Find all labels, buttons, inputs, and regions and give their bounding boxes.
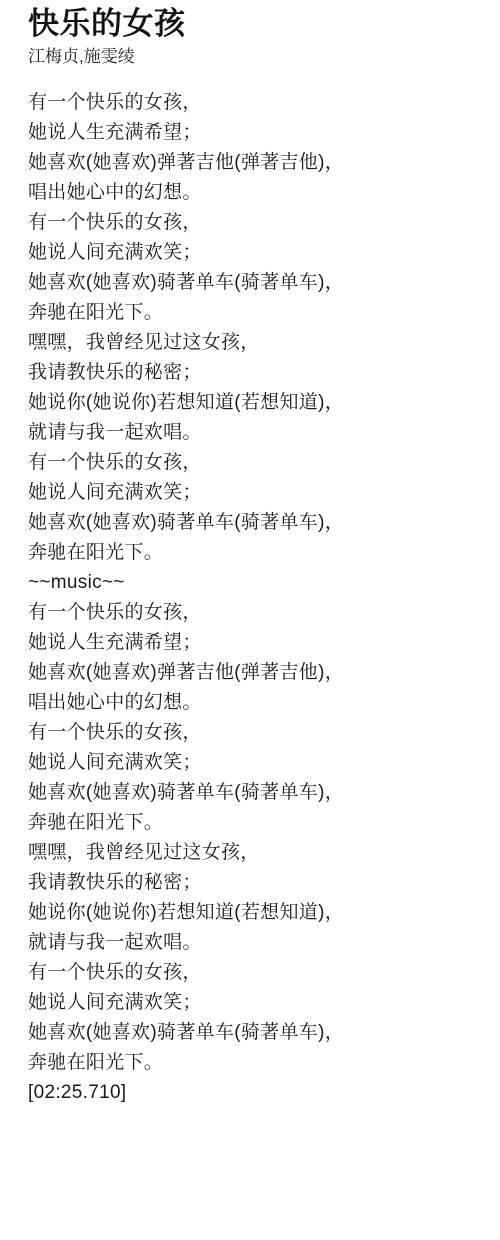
lyric-line: 奔驰在阳光下。 <box>28 1048 480 1078</box>
lyric-line: 有一个快乐的女孩， <box>28 958 480 988</box>
lyric-line: 她喜欢(她喜欢)骑著单车(骑著单车)， <box>28 508 480 538</box>
lyric-line: 嘿嘿，我曾经见过这女孩， <box>28 328 480 358</box>
lyric-line: 她说人间充满欢笑； <box>28 988 480 1018</box>
lyric-line: 有一个快乐的女孩， <box>28 598 480 628</box>
lyric-line: 有一个快乐的女孩， <box>28 208 480 238</box>
timestamp-line: [02:25.710] <box>28 1078 480 1108</box>
lyric-line: 她喜欢(她喜欢)骑著单车(骑著单车)， <box>28 778 480 808</box>
lyric-line: 我请教快乐的秘密； <box>28 868 480 898</box>
lyric-line: 奔驰在阳光下。 <box>28 808 480 838</box>
lyric-line: 她说人间充满欢笑； <box>28 238 480 268</box>
lyric-line: 她说人间充满欢笑； <box>28 748 480 778</box>
lyric-line: 她说人生充满希望； <box>28 628 480 658</box>
lyric-line: ~~music~~ <box>28 568 480 598</box>
lyric-line: 她说人间充满欢笑； <box>28 478 480 508</box>
song-title: 快乐的女孩 <box>28 5 480 43</box>
lyric-line: 唱出她心中的幻想。 <box>28 178 480 208</box>
lyric-line: 就请与我一起欢唱。 <box>28 928 480 958</box>
artist-names: 江梅贞,施雯绫 <box>28 46 480 67</box>
lyric-line: 她喜欢(她喜欢)骑著单车(骑著单车)， <box>28 1018 480 1048</box>
lyric-line: 她喜欢(她喜欢)弹著吉他(弹著吉他)， <box>28 658 480 688</box>
lyric-line: 奔驰在阳光下。 <box>28 538 480 568</box>
lyric-line: 她喜欢(她喜欢)弹著吉他(弹著吉他)， <box>28 148 480 178</box>
lyric-line: 她说你(她说你)若想知道(若想知道)， <box>28 388 480 418</box>
lyric-line: 唱出她心中的幻想。 <box>28 688 480 718</box>
lyric-line: 有一个快乐的女孩， <box>28 88 480 118</box>
lyric-line: 嘿嘿，我曾经见过这女孩， <box>28 838 480 868</box>
lyric-line: 有一个快乐的女孩， <box>28 718 480 748</box>
lyrics-page: 快乐的女孩 江梅贞,施雯绫 有一个快乐的女孩，她说人生充满希望；她喜欢(她喜欢)… <box>0 0 500 1108</box>
lyric-line: 她喜欢(她喜欢)骑著单车(骑著单车)， <box>28 268 480 298</box>
lyric-line: 她说人生充满希望； <box>28 118 480 148</box>
lyrics-body: 有一个快乐的女孩，她说人生充满希望；她喜欢(她喜欢)弹著吉他(弹著吉他)，唱出她… <box>28 88 480 1108</box>
lyric-line: 我请教快乐的秘密； <box>28 358 480 388</box>
lyric-line: 她说你(她说你)若想知道(若想知道)， <box>28 898 480 928</box>
lyric-line: 就请与我一起欢唱。 <box>28 418 480 448</box>
lyric-line: 有一个快乐的女孩， <box>28 448 480 478</box>
lyric-line: 奔驰在阳光下。 <box>28 298 480 328</box>
